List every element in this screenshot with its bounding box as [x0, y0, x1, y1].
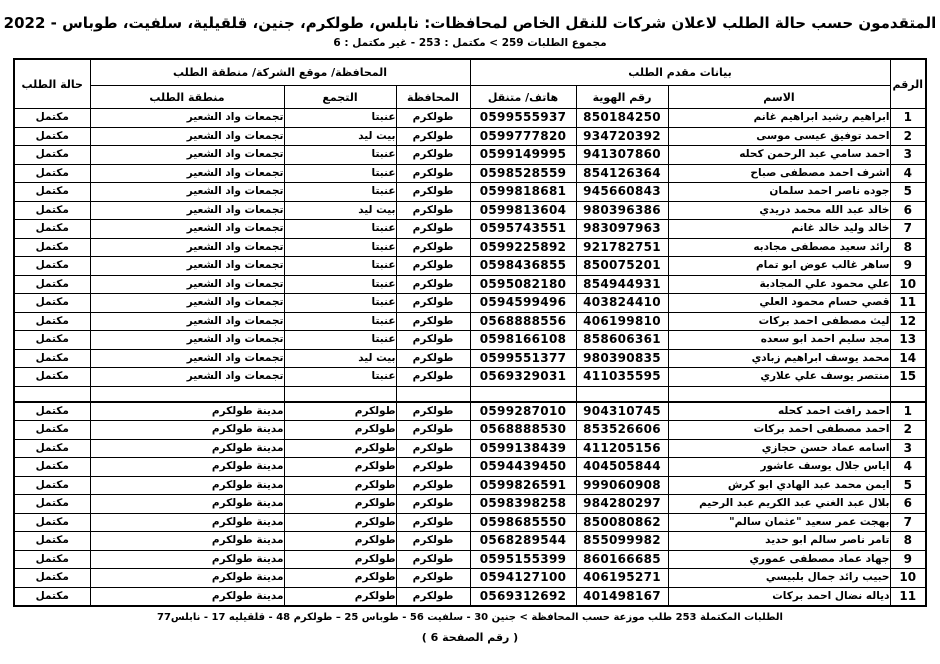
cell-community: طولكرم — [284, 476, 396, 495]
cell-number: 8 — [890, 238, 926, 257]
cell-number: 5 — [890, 476, 926, 495]
cell-request-area: تجمعات واد الشعير — [90, 146, 284, 165]
cell-governorate: طولكرم — [396, 569, 470, 588]
cell-request-area: مدينة طولكرم — [90, 421, 284, 440]
footer-page-number: ( رقم الصفحة 6 ) — [0, 631, 940, 645]
cell-phone: 0599551377 — [470, 349, 576, 368]
separator-cell — [576, 386, 668, 402]
cell-phone: 0595155399 — [470, 550, 576, 569]
cell-number: 6 — [890, 495, 926, 514]
cell-request-area: تجمعات واد الشعير — [90, 109, 284, 128]
cell-number: 6 — [890, 201, 926, 220]
cell-governorate: طولكرم — [396, 513, 470, 532]
header-row-sub: الاسم رقم الهوية هاتف/ متنقل المحافظة ال… — [14, 86, 926, 109]
table-row: 5ايمن محمد عبد الهادي ابو كرش99906090805… — [14, 476, 926, 495]
cell-name: جوده ناصر احمد سلمان — [668, 183, 890, 202]
totals-summary: مجموع الطلبات 259 > مكتمل : 253 - غير مك… — [0, 36, 940, 50]
cell-governorate: طولكرم — [396, 109, 470, 128]
cell-governorate: طولكرم — [396, 275, 470, 294]
cell-status: مكتمل — [14, 569, 90, 588]
cell-status: مكتمل — [14, 550, 90, 569]
cell-status: مكتمل — [14, 439, 90, 458]
cell-number: 1 — [890, 109, 926, 128]
cell-governorate: طولكرم — [396, 257, 470, 276]
cell-community: عنبتا — [284, 164, 396, 183]
table-row: 1ابراهيم رشيد ابراهيم غانم85018425005995… — [14, 109, 926, 128]
cell-community: بيت ليد — [284, 349, 396, 368]
cell-id-number: 934720392 — [576, 127, 668, 146]
cell-status: مكتمل — [14, 349, 90, 368]
cell-community: طولكرم — [284, 402, 396, 421]
cell-number: 12 — [890, 312, 926, 331]
cell-community: عنبتا — [284, 294, 396, 313]
cell-governorate: طولكرم — [396, 312, 470, 331]
cell-phone: 0598398258 — [470, 495, 576, 514]
cell-number: 9 — [890, 550, 926, 569]
cell-number: 4 — [890, 164, 926, 183]
cell-name: قصي حسام محمود العلي — [668, 294, 890, 313]
cell-request-area: تجمعات واد الشعير — [90, 164, 284, 183]
separator-cell — [396, 386, 470, 402]
cell-name: خالد وليد خالد غانم — [668, 220, 890, 239]
cell-community: بيت ليد — [284, 127, 396, 146]
cell-status: مكتمل — [14, 275, 90, 294]
cell-name: ليث مصطفى احمد بركات — [668, 312, 890, 331]
cell-name: احمد توفيق عيسى موسى — [668, 127, 890, 146]
cell-name: ساهر غالب عوض ابو تمام — [668, 257, 890, 276]
cell-phone: 0568888530 — [470, 421, 576, 440]
cell-phone: 0598685550 — [470, 513, 576, 532]
cell-id-number: 999060908 — [576, 476, 668, 495]
cell-request-area: مدينة طولكرم — [90, 476, 284, 495]
cell-governorate: طولكرم — [396, 495, 470, 514]
cell-phone: 0598528559 — [470, 164, 576, 183]
cell-number: 11 — [890, 587, 926, 606]
cell-number: 11 — [890, 294, 926, 313]
cell-governorate: طولكرم — [396, 349, 470, 368]
cell-id-number: 921782751 — [576, 238, 668, 257]
cell-request-area: مدينة طولكرم — [90, 569, 284, 588]
table-row: 10علي محمود علي المجادبة8549449310595082… — [14, 275, 926, 294]
header-governorate: المحافظة — [396, 86, 470, 109]
cell-status: مكتمل — [14, 109, 90, 128]
cell-governorate: طولكرم — [396, 532, 470, 551]
cell-name: ابراهيم رشيد ابراهيم غانم — [668, 109, 890, 128]
cell-community: طولكرم — [284, 587, 396, 606]
table-row: 7بهجت عمر سعيد "عثمان سالم"8500808620598… — [14, 513, 926, 532]
cell-number: 2 — [890, 421, 926, 440]
cell-number: 15 — [890, 368, 926, 387]
document-page: المتقدمون حسب حالة الطلب لاعلان شركات لل… — [0, 0, 940, 664]
cell-id-number: 980396386 — [576, 201, 668, 220]
cell-status: مكتمل — [14, 458, 90, 477]
cell-name: اسامه عماد حسن حجازي — [668, 439, 890, 458]
table-header: الرقم بيانات مقدم الطلب المحافظة/ موقع ا… — [14, 59, 926, 109]
header-location-group: المحافظة/ موقع الشركة/ منطقة الطلب — [90, 59, 470, 86]
cell-name: احمد مصطفى احمد بركات — [668, 421, 890, 440]
cell-status: مكتمل — [14, 331, 90, 350]
table-row: 15منتصر يوسف علي علاري411035595056932903… — [14, 368, 926, 387]
cell-id-number: 855099982 — [576, 532, 668, 551]
cell-id-number: 941307860 — [576, 146, 668, 165]
cell-number: 10 — [890, 569, 926, 588]
cell-status: مكتمل — [14, 146, 90, 165]
cell-request-area: مدينة طولكرم — [90, 402, 284, 421]
cell-id-number: 983097963 — [576, 220, 668, 239]
cell-id-number: 411035595 — [576, 368, 668, 387]
cell-id-number: 854126364 — [576, 164, 668, 183]
header-row-group: الرقم بيانات مقدم الطلب المحافظة/ موقع ا… — [14, 59, 926, 86]
cell-status: مكتمل — [14, 220, 90, 239]
cell-name: محمد يوسف ابراهيم زبادي — [668, 349, 890, 368]
cell-governorate: طولكرم — [396, 146, 470, 165]
cell-status: مكتمل — [14, 368, 90, 387]
cell-community: طولكرم — [284, 532, 396, 551]
cell-phone: 0594599496 — [470, 294, 576, 313]
cell-id-number: 858606361 — [576, 331, 668, 350]
cell-id-number: 854944931 — [576, 275, 668, 294]
cell-number: 13 — [890, 331, 926, 350]
cell-governorate: طولكرم — [396, 294, 470, 313]
cell-number: 7 — [890, 220, 926, 239]
cell-governorate: طولكرم — [396, 127, 470, 146]
cell-id-number: 980390835 — [576, 349, 668, 368]
cell-phone: 0595743551 — [470, 220, 576, 239]
cell-status: مكتمل — [14, 495, 90, 514]
cell-number: 10 — [890, 275, 926, 294]
cell-community: عنبتا — [284, 257, 396, 276]
cell-community: طولكرم — [284, 569, 396, 588]
cell-request-area: تجمعات واد الشعير — [90, 294, 284, 313]
cell-number: 7 — [890, 513, 926, 532]
table-row: 2احمد مصطفى احمد بركات853526606056888853… — [14, 421, 926, 440]
cell-name: مجد سليم احمد ابو سعده — [668, 331, 890, 350]
header-status: حالة الطلب — [14, 59, 90, 109]
cell-request-area: مدينة طولكرم — [90, 458, 284, 477]
cell-status: مكتمل — [14, 402, 90, 421]
cell-phone: 0599555937 — [470, 109, 576, 128]
cell-request-area: مدينة طولكرم — [90, 550, 284, 569]
separator-cell — [890, 386, 926, 402]
cell-name: احمد سامي عبد الرحمن كحله — [668, 146, 890, 165]
cell-community: عنبتا — [284, 275, 396, 294]
cell-phone: 0599225892 — [470, 238, 576, 257]
cell-number: 4 — [890, 458, 926, 477]
cell-name: خالد عبد الله محمد دريدي — [668, 201, 890, 220]
separator-row — [14, 386, 926, 402]
table-row: 2احمد توفيق عيسى موسى9347203920599777820… — [14, 127, 926, 146]
table-row: 13مجد سليم احمد ابو سعده8586063610598166… — [14, 331, 926, 350]
cell-status: مكتمل — [14, 587, 90, 606]
cell-status: مكتمل — [14, 183, 90, 202]
cell-id-number: 850184250 — [576, 109, 668, 128]
table-row: 6خالد عبد الله محمد دريدي980396386059981… — [14, 201, 926, 220]
cell-status: مكتمل — [14, 127, 90, 146]
cell-status: مكتمل — [14, 532, 90, 551]
cell-community: عنبتا — [284, 368, 396, 387]
cell-governorate: طولكرم — [396, 439, 470, 458]
cell-governorate: طولكرم — [396, 368, 470, 387]
cell-request-area: مدينة طولكرم — [90, 439, 284, 458]
cell-request-area: تجمعات واد الشعير — [90, 220, 284, 239]
applicants-table: الرقم بيانات مقدم الطلب المحافظة/ موقع ا… — [13, 58, 927, 607]
cell-governorate: طولكرم — [396, 587, 470, 606]
cell-community: طولكرم — [284, 421, 396, 440]
cell-name: اياس جلال يوسف عاشور — [668, 458, 890, 477]
cell-request-area: تجمعات واد الشعير — [90, 312, 284, 331]
separator-cell — [470, 386, 576, 402]
cell-id-number: 850080862 — [576, 513, 668, 532]
cell-name: تامر ناصر سالم ابو حديد — [668, 532, 890, 551]
page-title: المتقدمون حسب حالة الطلب لاعلان شركات لل… — [0, 0, 940, 33]
cell-name: بهجت عمر سعيد "عثمان سالم" — [668, 513, 890, 532]
cell-request-area: مدينة طولكرم — [90, 532, 284, 551]
cell-request-area: تجمعات واد الشعير — [90, 238, 284, 257]
cell-community: طولكرم — [284, 550, 396, 569]
table-row: 6بلال عبد الغني عبد الكريم عبد الرحيم984… — [14, 495, 926, 514]
cell-phone: 0594127100 — [470, 569, 576, 588]
cell-governorate: طولكرم — [396, 201, 470, 220]
cell-id-number: 406199810 — [576, 312, 668, 331]
cell-phone: 0594439450 — [470, 458, 576, 477]
cell-phone: 0599813604 — [470, 201, 576, 220]
cell-community: عنبتا — [284, 146, 396, 165]
separator-cell — [90, 386, 284, 402]
cell-community: طولكرم — [284, 495, 396, 514]
cell-community: طولكرم — [284, 458, 396, 477]
cell-status: مكتمل — [14, 238, 90, 257]
cell-name: احمد رافت احمد كحله — [668, 402, 890, 421]
cell-phone: 0599777820 — [470, 127, 576, 146]
cell-id-number: 403824410 — [576, 294, 668, 313]
cell-name: اشرف احمد مصطفى صباح — [668, 164, 890, 183]
cell-id-number: 904310745 — [576, 402, 668, 421]
cell-id-number: 850075201 — [576, 257, 668, 276]
header-phone: هاتف/ متنقل — [470, 86, 576, 109]
header-name: الاسم — [668, 86, 890, 109]
cell-governorate: طولكرم — [396, 164, 470, 183]
cell-number: 5 — [890, 183, 926, 202]
cell-phone: 0568888556 — [470, 312, 576, 331]
cell-governorate: طولكرم — [396, 220, 470, 239]
cell-community: عنبتا — [284, 238, 396, 257]
cell-id-number: 406195271 — [576, 569, 668, 588]
table-row: 4اياس جلال يوسف عاشور4045058440594439450… — [14, 458, 926, 477]
cell-name: علي محمود علي المجادبة — [668, 275, 890, 294]
separator-cell — [14, 386, 90, 402]
table-row: 11قصي حسام محمود العلي403824410059459949… — [14, 294, 926, 313]
cell-number: 2 — [890, 127, 926, 146]
cell-status: مكتمل — [14, 164, 90, 183]
cell-name: ايمن محمد عبد الهادي ابو كرش — [668, 476, 890, 495]
cell-request-area: تجمعات واد الشعير — [90, 275, 284, 294]
cell-governorate: طولكرم — [396, 421, 470, 440]
table-row: 9ساهر غالب عوض ابو تمام85007520105984368… — [14, 257, 926, 276]
table-row: 10حبيب رائد جمال بلبيسي40619527105941271… — [14, 569, 926, 588]
cell-governorate: طولكرم — [396, 550, 470, 569]
cell-name: بلال عبد الغني عبد الكريم عبد الرحيم — [668, 495, 890, 514]
cell-community: عنبتا — [284, 183, 396, 202]
table-row: 1احمد رافت احمد كحله9043107450599287010ط… — [14, 402, 926, 421]
cell-id-number: 404505844 — [576, 458, 668, 477]
cell-number: 14 — [890, 349, 926, 368]
cell-name: جهاد عماد مصطفى عموري — [668, 550, 890, 569]
cell-governorate: طولكرم — [396, 402, 470, 421]
cell-community: عنبتا — [284, 312, 396, 331]
table-row: 5جوده ناصر احمد سلمان9456608430599818681… — [14, 183, 926, 202]
cell-request-area: مدينة طولكرم — [90, 495, 284, 514]
cell-governorate: طولكرم — [396, 183, 470, 202]
cell-status: مكتمل — [14, 513, 90, 532]
cell-phone: 0598436855 — [470, 257, 576, 276]
table-row: 3اسامه عماد حسن حجازي4112051560599138439… — [14, 439, 926, 458]
cell-community: عنبتا — [284, 109, 396, 128]
cell-name: دياله نضال احمد بركات — [668, 587, 890, 606]
cell-phone: 0599818681 — [470, 183, 576, 202]
cell-request-area: تجمعات واد الشعير — [90, 201, 284, 220]
header-community: التجمع — [284, 86, 396, 109]
cell-number: 3 — [890, 439, 926, 458]
table-body: 1ابراهيم رشيد ابراهيم غانم85018425005995… — [14, 109, 926, 607]
cell-governorate: طولكرم — [396, 476, 470, 495]
cell-phone: 0599149995 — [470, 146, 576, 165]
cell-status: مكتمل — [14, 312, 90, 331]
table-row: 8رائد سعيد مصطفى مجادبه92178275105992258… — [14, 238, 926, 257]
cell-status: مكتمل — [14, 421, 90, 440]
header-request-area: منطقة الطلب — [90, 86, 284, 109]
header-applicant-group: بيانات مقدم الطلب — [470, 59, 890, 86]
cell-request-area: تجمعات واد الشعير — [90, 257, 284, 276]
cell-community: طولكرم — [284, 439, 396, 458]
cell-phone: 0569312692 — [470, 587, 576, 606]
separator-cell — [668, 386, 890, 402]
cell-community: طولكرم — [284, 513, 396, 532]
cell-request-area: تجمعات واد الشعير — [90, 349, 284, 368]
cell-id-number: 401498167 — [576, 587, 668, 606]
cell-name: منتصر يوسف علي علاري — [668, 368, 890, 387]
cell-request-area: تجمعات واد الشعير — [90, 183, 284, 202]
cell-governorate: طولكرم — [396, 458, 470, 477]
cell-id-number: 853526606 — [576, 421, 668, 440]
table-row: 7خالد وليد خالد غانم9830979630595743551ط… — [14, 220, 926, 239]
cell-phone: 0595082180 — [470, 275, 576, 294]
cell-community: بيت ليد — [284, 201, 396, 220]
table-row: 12ليث مصطفى احمد بركات406199810056888855… — [14, 312, 926, 331]
cell-governorate: طولكرم — [396, 331, 470, 350]
cell-number: 1 — [890, 402, 926, 421]
cell-request-area: تجمعات واد الشعير — [90, 127, 284, 146]
table-row: 3احمد سامي عبد الرحمن كحله94130786005991… — [14, 146, 926, 165]
cell-phone: 0599138439 — [470, 439, 576, 458]
cell-phone: 0599287010 — [470, 402, 576, 421]
cell-governorate: طولكرم — [396, 238, 470, 257]
table-row: 11دياله نضال احمد بركات40149816705693126… — [14, 587, 926, 606]
cell-status: مكتمل — [14, 476, 90, 495]
cell-number: 3 — [890, 146, 926, 165]
table-row: 9جهاد عماد مصطفى عموري860166685059515539… — [14, 550, 926, 569]
cell-phone: 0598166108 — [470, 331, 576, 350]
cell-request-area: مدينة طولكرم — [90, 513, 284, 532]
cell-name: رائد سعيد مصطفى مجادبه — [668, 238, 890, 257]
cell-id-number: 945660843 — [576, 183, 668, 202]
cell-request-area: تجمعات واد الشعير — [90, 368, 284, 387]
cell-number: 9 — [890, 257, 926, 276]
cell-status: مكتمل — [14, 201, 90, 220]
cell-community: عنبتا — [284, 331, 396, 350]
table-row: 4اشرف احمد مصطفى صباح8541263640598528559… — [14, 164, 926, 183]
separator-cell — [284, 386, 396, 402]
cell-status: مكتمل — [14, 257, 90, 276]
cell-id-number: 860166685 — [576, 550, 668, 569]
table-row: 8تامر ناصر سالم ابو حديد8550999820568289… — [14, 532, 926, 551]
table-row: 14محمد يوسف ابراهيم زبادي980390835059955… — [14, 349, 926, 368]
footer-distribution: الطلبات المكتملة 253 طلب موزعة حسب المحا… — [0, 611, 940, 625]
cell-status: مكتمل — [14, 294, 90, 313]
cell-community: عنبتا — [284, 220, 396, 239]
cell-phone: 0599826591 — [470, 476, 576, 495]
cell-id-number: 984280297 — [576, 495, 668, 514]
header-id-number: رقم الهوية — [576, 86, 668, 109]
cell-number: 8 — [890, 532, 926, 551]
cell-id-number: 411205156 — [576, 439, 668, 458]
cell-request-area: مدينة طولكرم — [90, 587, 284, 606]
cell-request-area: تجمعات واد الشعير — [90, 331, 284, 350]
cell-name: حبيب رائد جمال بلبيسي — [668, 569, 890, 588]
cell-phone: 0568289544 — [470, 532, 576, 551]
cell-phone: 0569329031 — [470, 368, 576, 387]
header-number: الرقم — [890, 59, 926, 109]
